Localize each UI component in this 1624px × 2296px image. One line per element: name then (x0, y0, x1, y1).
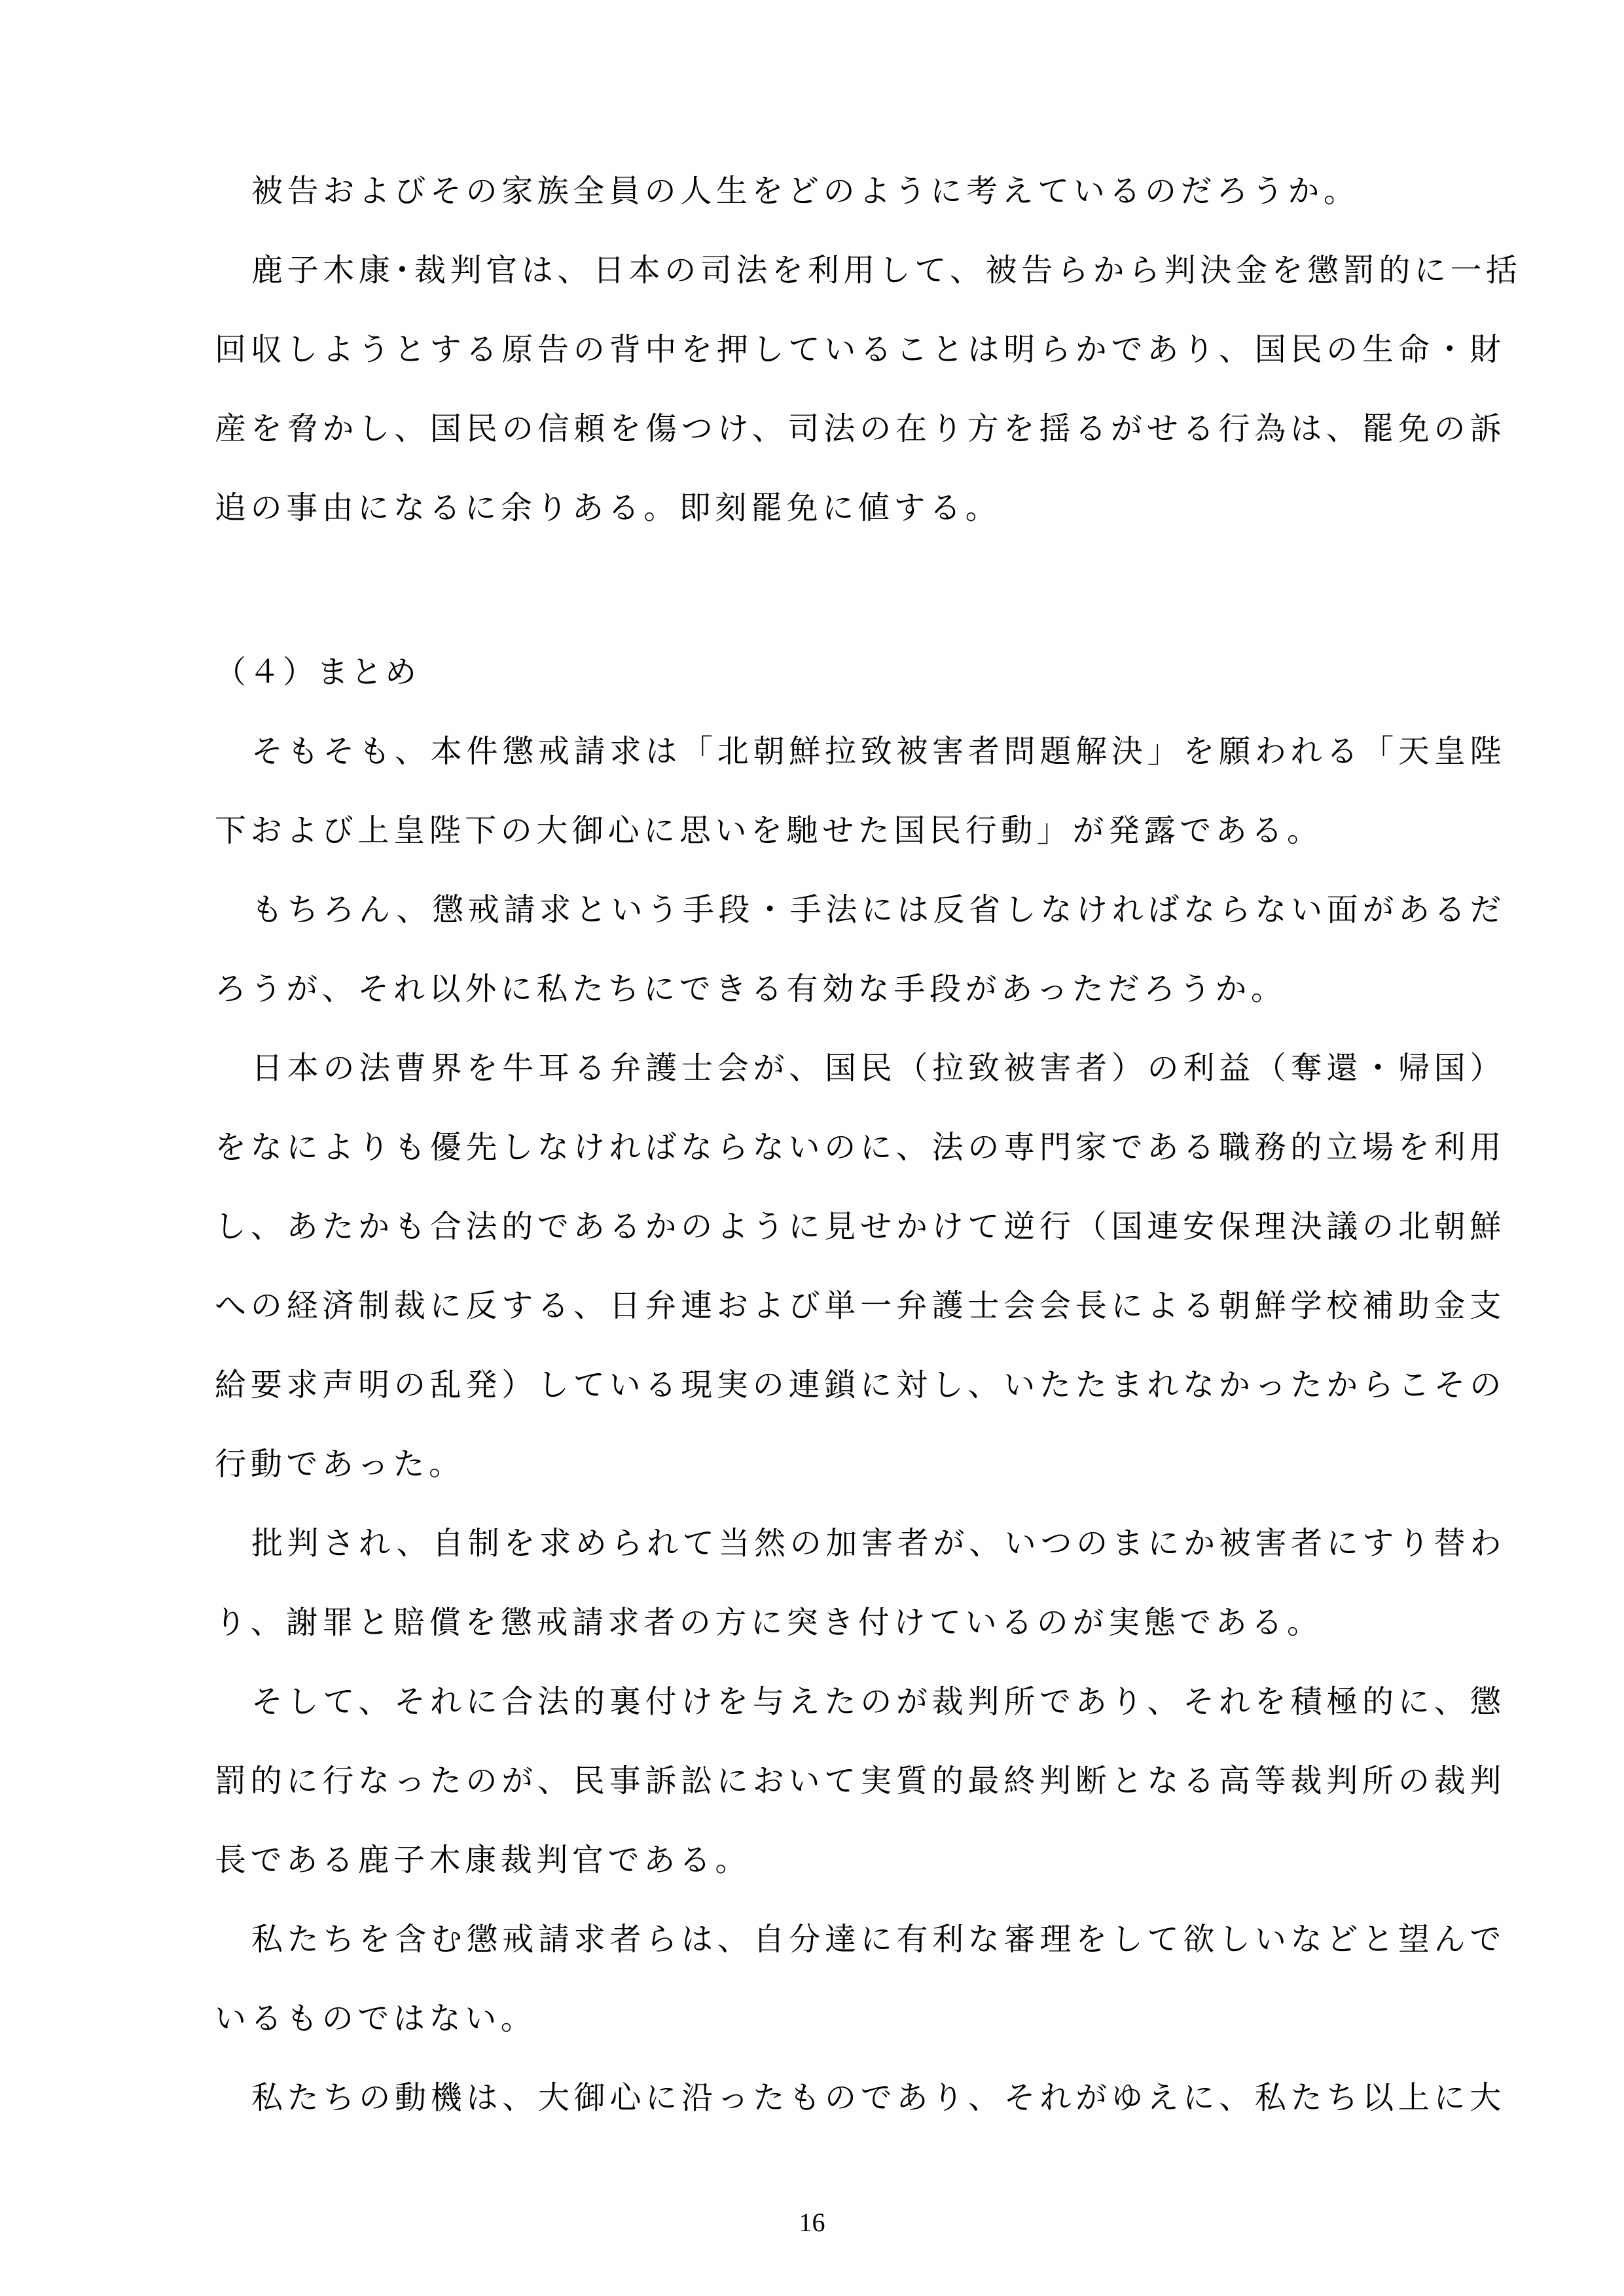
text-line: ろうが、それ以外に私たちにできる有効な手段があっただろうか。 (215, 969, 1506, 1049)
text-line: 回収しようとする原告の背中を押していることは明らかであり、国民の生命・財 (215, 330, 1506, 409)
text-line: 長である鹿子木康裁判官である。 (215, 1840, 1506, 1920)
paragraph: 鹿子木康･裁判官は、日本の司法を利用して、被告らから判決金を懲罰的に一括 回収し… (215, 251, 1506, 567)
spacer (215, 567, 1506, 653)
text-line: いるものではない。 (215, 1999, 1506, 2078)
text-line: し、あたかも合法的であるかのように見せかけて逆行（国連安保理決議の北朝鮮 (215, 1207, 1506, 1286)
text-line: 産を脅かし、国民の信頼を傷つけ、司法の在り方を揺るがせる行為は、罷免の訴 (215, 409, 1506, 488)
paragraph: そして、それに合法的裏付けを与えたのが裁判所であり、それを積極的に、懲 罰的に行… (215, 1682, 1506, 1920)
paragraph: そもそも、本件懲戒請求は「北朝鮮拉致被害者問題解決」を願われる「天皇陛 下および… (215, 732, 1506, 890)
paragraph: 被告およびその家族全員の人生をどのように考えているのだろうか。 (215, 171, 1506, 251)
text-line: そもそも、本件懲戒請求は「北朝鮮拉致被害者問題解決」を願われる「天皇陛 (215, 732, 1506, 811)
text-line: 行動であった。 (215, 1444, 1506, 1524)
text-line: 罰的に行なったのが、民事訴訟において実質的最終判断となる高等裁判所の裁判 (215, 1761, 1506, 1840)
text-line: 鹿子木康･裁判官は、日本の司法を利用して、被告らから判決金を懲罰的に一括 (215, 251, 1506, 330)
text-line: そして、それに合法的裏付けを与えたのが裁判所であり、それを積極的に、懲 (215, 1682, 1506, 1761)
text-line: 私たちを含む懲戒請求者らは、自分達に有利な審理をして欲しいなどと望んで (215, 1920, 1506, 1999)
text-line: 追の事由になるに余りある。即刻罷免に値する。 (215, 488, 1506, 567)
paragraph: 私たちを含む懲戒請求者らは、自分達に有利な審理をして欲しいなどと望んで いるもの… (215, 1920, 1506, 2078)
document-page-body: 被告およびその家族全員の人生をどのように考えているのだろうか。 鹿子木康･裁判官… (215, 171, 1506, 2157)
text-line: をなによりも優先しなければならないのに、法の専門家である職務的立場を利用 (215, 1128, 1506, 1207)
text-line: 批判され、自制を求められて当然の加害者が、いつのまにか被害者にすり替わ (215, 1524, 1506, 1603)
text-line: への経済制裁に反する、日弁連および単一弁護士会会長による朝鮮学校補助金支 (215, 1286, 1506, 1365)
text-line: 被告およびその家族全員の人生をどのように考えているのだろうか。 (215, 171, 1506, 251)
section-heading: （４）まとめ (215, 653, 1506, 732)
text-line: 給要求声明の乱発）している現実の連鎖に対し、いたたまれなかったからこその (215, 1365, 1506, 1444)
text-line: 下および上皇陛下の大御心に思いを馳せた国民行動」が発露である。 (215, 811, 1506, 890)
page-number: 16 (0, 2207, 1624, 2238)
paragraph: もちろん、懲戒請求という手段・手法には反省しなければならない面があるだ ろうが、… (215, 890, 1506, 1049)
text-line: り、謝罪と賠償を懲戒請求者の方に突き付けているのが実態である。 (215, 1603, 1506, 1682)
text-line: 私たちの動機は、大御心に沿ったものであり、それがゆえに、私たち以上に大 (215, 2078, 1506, 2157)
paragraph: 私たちの動機は、大御心に沿ったものであり、それがゆえに、私たち以上に大 (215, 2078, 1506, 2157)
text-line: もちろん、懲戒請求という手段・手法には反省しなければならない面があるだ (215, 890, 1506, 969)
paragraph: 批判され、自制を求められて当然の加害者が、いつのまにか被害者にすり替わ り、謝罪… (215, 1524, 1506, 1682)
paragraph: 日本の法曹界を牛耳る弁護士会が、国民（拉致被害者）の利益（奪還・帰国） をなによ… (215, 1049, 1506, 1524)
text-line: 日本の法曹界を牛耳る弁護士会が、国民（拉致被害者）の利益（奪還・帰国） (215, 1049, 1506, 1128)
